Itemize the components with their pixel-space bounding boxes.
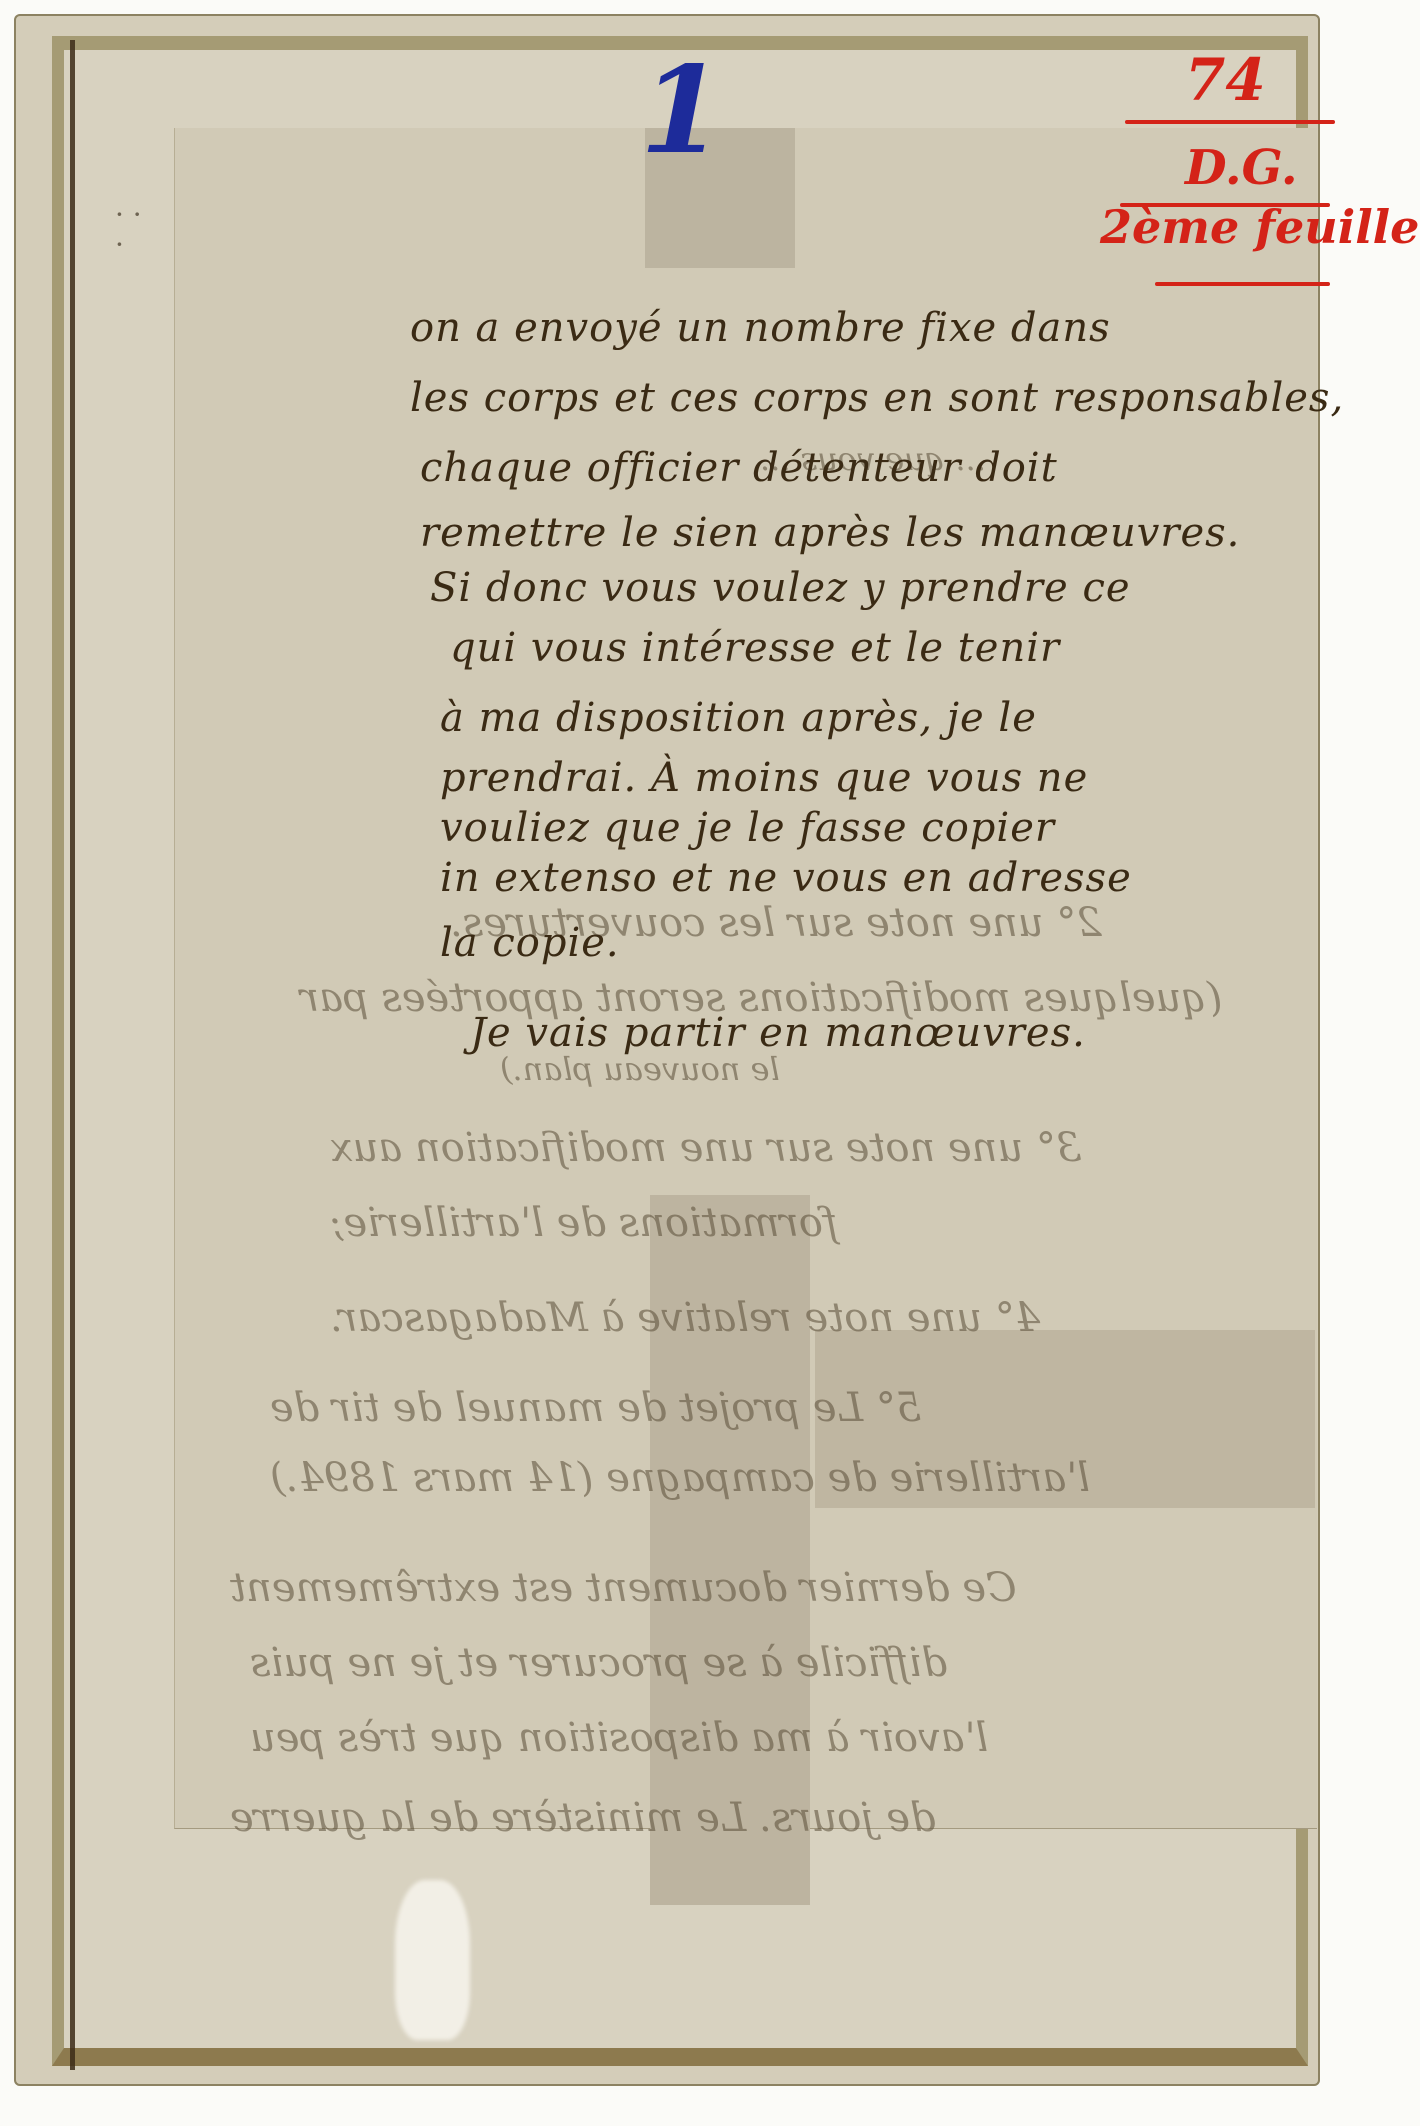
handwritten-line: chaque officier détenteur doit xyxy=(420,445,1058,491)
white-stain xyxy=(395,1880,470,2040)
show-through-line: l'avoir à ma disposition que très peu xyxy=(250,1715,988,1761)
handwritten-line: Si donc vous voulez y prendre ce xyxy=(430,565,1131,611)
archive-initials: D.G. xyxy=(1185,140,1298,196)
show-through-line: l'artillerie de campagne (14 mars 1894.) xyxy=(270,1455,1090,1501)
show-through-line: de jours. Le ministère de la guerre xyxy=(230,1795,936,1841)
handwritten-line: in extenso et ne vous en adresse xyxy=(440,855,1132,901)
show-through-line: formations de l'artillerie; xyxy=(330,1200,838,1246)
handwritten-line: Je vais partir en manœuvres. xyxy=(470,1010,1086,1056)
sheet-label: 2ème feuille xyxy=(1100,200,1419,254)
red-rule-3 xyxy=(1155,282,1330,286)
frame-left-edge xyxy=(70,40,75,2070)
handwritten-line: à ma disposition après, je le xyxy=(440,695,1037,741)
handwritten-line: remettre le sien après les manœuvres. xyxy=(420,510,1240,556)
handwritten-line: on a envoyé un nombre fixe dans xyxy=(410,305,1111,351)
handwritten-line: prendrai. À moins que vous ne xyxy=(440,755,1088,801)
show-through-line: Ce dernier document est extrêmement xyxy=(230,1565,1017,1611)
handwritten-line: vouliez que je le fasse copier xyxy=(440,805,1055,851)
archive-number: 74 xyxy=(1185,46,1266,114)
page-number: 1 xyxy=(640,40,724,181)
handwritten-line: qui vous intéresse et le tenir xyxy=(450,625,1060,671)
show-through-line: difficile à se procurer et je ne puis xyxy=(250,1640,947,1686)
handwritten-line: la copie. xyxy=(440,920,620,966)
red-rule-1 xyxy=(1125,120,1335,124)
show-through-line: 3° une note sur une modification aux xyxy=(330,1125,1081,1171)
margin-marks: · ·· xyxy=(115,200,142,260)
handwritten-line: les corps et ces corps en sont responsab… xyxy=(410,375,1344,421)
show-through-line: 4° une note relative à Madagascar. xyxy=(330,1295,1040,1341)
show-through-line: 5° Le projet de manuel de tir de xyxy=(270,1385,921,1431)
